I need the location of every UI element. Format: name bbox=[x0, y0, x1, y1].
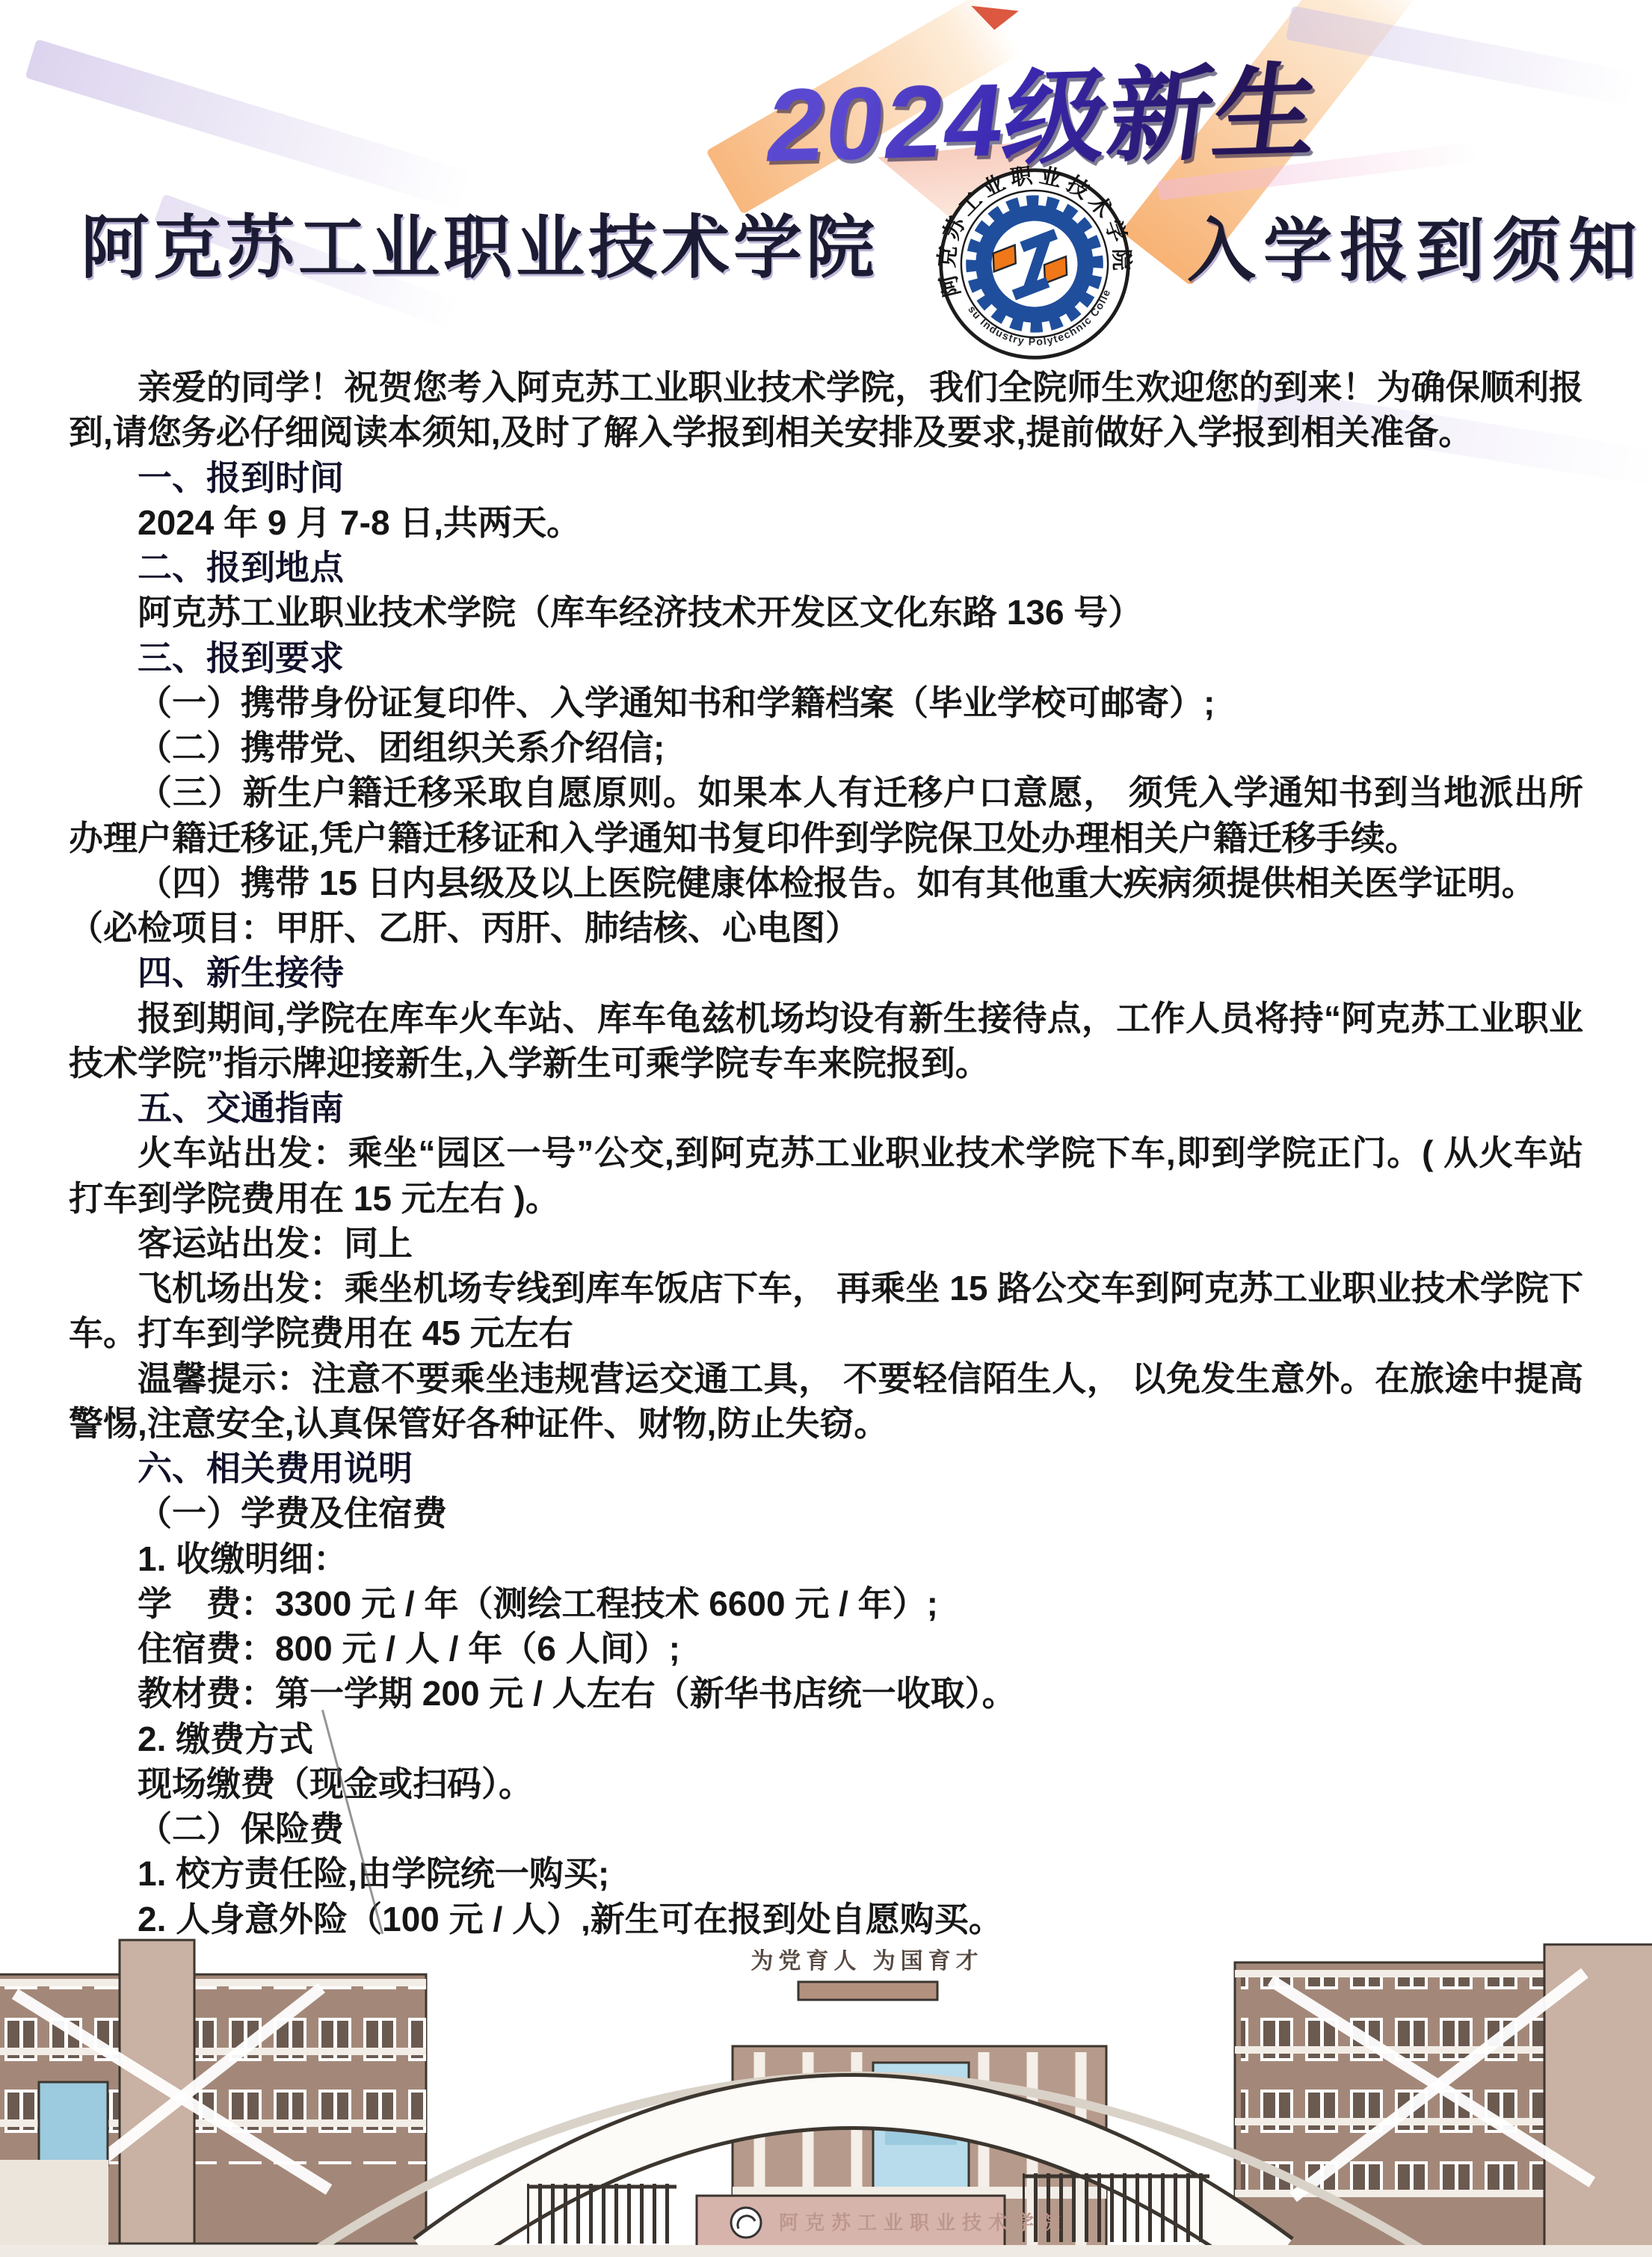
text-line: 1. 收缴明细： bbox=[69, 1536, 1583, 1581]
text-line: （一）学费及住宿费 bbox=[69, 1491, 1583, 1536]
gate-sign-text: 阿克苏工业职业技术学院 bbox=[779, 2211, 1067, 2234]
text-line: 客运站出发：同上 bbox=[69, 1221, 1583, 1266]
text-line: 教材费：第一学期 200 元 / 人左右（新华书店统一收取）。 bbox=[69, 1671, 1583, 1716]
campus-photo-illustration: 为党育人 为国育才 阿克苏工业职业技术学院 bbox=[0, 1936, 1652, 2257]
text-line: 住宿费：800 元 / 人 / 年（6 人间）; bbox=[69, 1626, 1583, 1671]
motto-board bbox=[798, 1982, 937, 2000]
road bbox=[0, 2245, 1652, 2257]
text-line: 报到期间,学院在库车火车站、库车龟兹机场均设有新生接待点，工作人员将持“阿克苏工… bbox=[69, 996, 1583, 1086]
notice-page: 2024级新生 阿克苏工业职业技术学院 入学报到须知 阿克苏工业职业技术学院 A… bbox=[0, 0, 1652, 2257]
text-line: 五、交通指南 bbox=[69, 1086, 1583, 1130]
text-line: 飞机场出发：乘坐机场专线到库车饭店下车， 再乘坐 15 路公交车到阿克苏工业职业… bbox=[69, 1266, 1583, 1356]
text-line: 三、报到要求 bbox=[69, 635, 1583, 680]
text-line: 2. 缴费方式 bbox=[69, 1716, 1583, 1761]
text-line: （三）新生户籍迁移采取自愿原则。如果本人有迁移户口意愿， 须凭入学通知书到当地派… bbox=[69, 770, 1583, 860]
text-line: （二）保险费 bbox=[69, 1806, 1583, 1851]
college-name: 阿克苏工业职业技术学院 bbox=[81, 193, 878, 292]
text-line: 四、新生接待 bbox=[69, 950, 1583, 995]
notice-title: 入学报到须知 bbox=[1187, 196, 1645, 295]
gate-banner-logo-icon bbox=[731, 2208, 761, 2238]
text-line: 2. 人身意外险（100 元 / 人）,新生可在报到处自愿购买。 bbox=[69, 1897, 1583, 1936]
text-line: 现场缴费（现金或扫码）。 bbox=[69, 1761, 1583, 1806]
text-line: （一）携带身份证复印件、入学通知书和学籍档案（毕业学校可邮寄）; bbox=[69, 680, 1583, 725]
text-line: 阿克苏工业职业技术学院（库车经济技术开发区文化东路 136 号） bbox=[69, 590, 1583, 635]
notice-body: 亲爱的同学！祝贺您考入阿克苏工业职业技术学院，我们全院师生欢迎您的到来！为确保顺… bbox=[0, 344, 1652, 1936]
text-line: 六、相关费用说明 bbox=[69, 1446, 1583, 1491]
text-line: 二、报到地点 bbox=[69, 545, 1583, 590]
text-line: 火车站出发：乘坐“园区一号”公交,到阿克苏工业职业技术学院下车,即到学院正门。(… bbox=[69, 1130, 1583, 1221]
text-line: （必检项目：甲肝、乙肝、丙肝、肺结核、心电图） bbox=[69, 905, 1583, 950]
building-right bbox=[1235, 1945, 1652, 2247]
gate-fence-left bbox=[527, 2184, 676, 2244]
text-line: 温馨提示：注意不要乘坐违规营运交通工具， 不要轻信陌生人， 以免发生意外。在旅途… bbox=[69, 1356, 1583, 1447]
building-left bbox=[0, 1940, 426, 2257]
text-line: （四）携带 15 日内县级及以上医院健康体检报告。如有其他重大疾病须提供相关医学… bbox=[69, 860, 1583, 905]
college-logo: 阿克苏工业职业技术学院 Aksu Industry Polytechnic Co… bbox=[921, 147, 1148, 381]
header: 2024级新生 阿克苏工业职业技术学院 入学报到须知 阿克苏工业职业技术学院 A… bbox=[0, 0, 1652, 344]
text-line: 2024 年 9 月 7-8 日,共两天。 bbox=[69, 500, 1583, 545]
text-line: 一、报到时间 bbox=[69, 455, 1583, 500]
motto-text: 为党育人 为国育才 bbox=[751, 1948, 983, 1974]
text-line: 学 费：3300 元 / 年（测绘工程技术 6600 元 / 年）; bbox=[69, 1581, 1583, 1626]
text-line: 1. 校方责任险,由学院统一购买; bbox=[69, 1851, 1583, 1896]
text-line: （二）携带党、团组织关系介绍信; bbox=[69, 725, 1583, 770]
text-line: 亲爱的同学！祝贺您考入阿克苏工业职业技术学院，我们全院师生欢迎您的到来！为确保顺… bbox=[69, 365, 1583, 455]
campus-photo: 为党育人 为国育才 阿克苏工业职业技术学院 bbox=[0, 1936, 1652, 2257]
